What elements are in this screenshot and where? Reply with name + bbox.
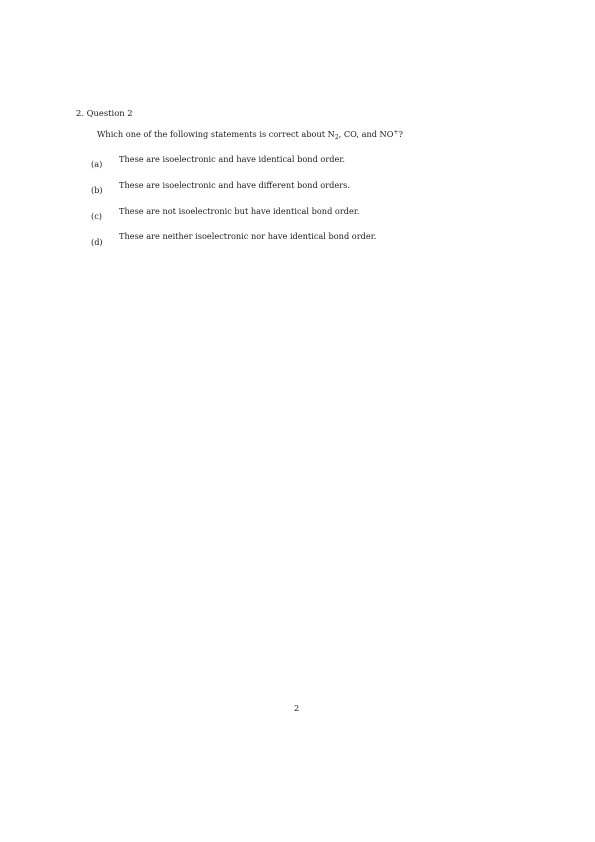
- option-d-label: (d): [91, 237, 103, 247]
- option-d-text: These are neither isoelectronic nor have…: [119, 231, 376, 241]
- option-a-label: (a): [91, 159, 102, 169]
- option-b-text: These are isoelectronic and have differe…: [119, 180, 350, 190]
- option-a-text: These are isoelectronic and have identic…: [119, 154, 345, 164]
- stem-mid: , CO, and NO: [339, 129, 394, 139]
- stem-suffix: ?: [398, 129, 402, 139]
- question-title: 2. Question 2: [76, 108, 133, 118]
- stem-prefix: Which one of the following statements is…: [97, 129, 335, 139]
- option-c-label: (c): [91, 211, 102, 221]
- page-number: 2: [294, 703, 299, 713]
- option-b-label: (b): [91, 185, 103, 195]
- option-c-text: These are not isoelectronic but have ide…: [119, 206, 359, 216]
- question-stem: Which one of the following statements is…: [97, 129, 403, 141]
